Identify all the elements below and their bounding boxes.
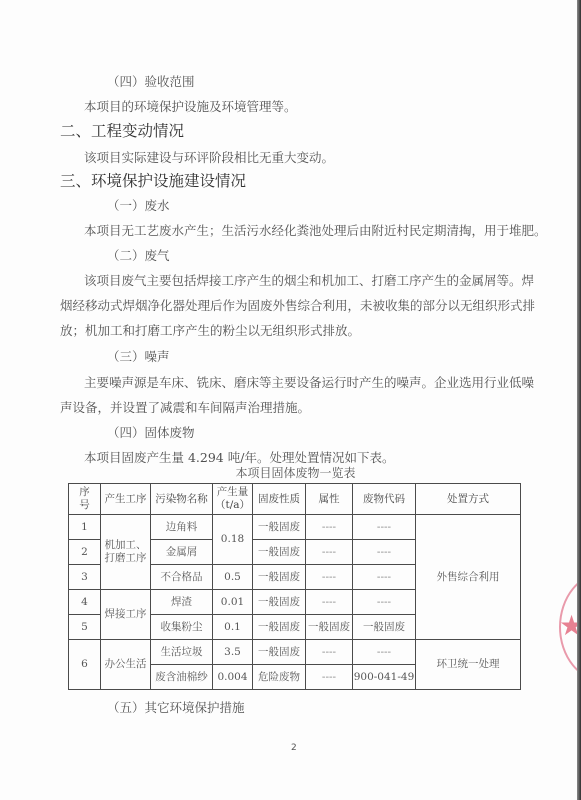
cell-process-office: 办公生活 [101, 640, 151, 690]
cell-attribute: ---- [306, 640, 353, 665]
table-row: 6 办公生活 生活垃圾 3.5 一般固废 ---- ---- 环卫统一处理 [69, 640, 521, 665]
heading-env-facilities: 三、环境保护设施建设情况 [60, 171, 246, 191]
cell-nature: 一般固废 [253, 590, 306, 615]
paragraph-exhaust-line-1: 该项目废气主要包括焊接工序产生的烟尘和机加工、打磨工序产生的金属屑等。焊 [84, 273, 534, 289]
subheading-exhaust: （二）废气 [107, 248, 170, 264]
paragraph-wastewater: 本项目无工艺废水产生；生活污水经化粪池处理后由附近村民定期清掏，用于堆肥。 [84, 223, 547, 239]
cell-code: ---- [353, 565, 416, 590]
table-caption: 本项目固体废物一览表 [0, 466, 581, 481]
cell-no: 1 [69, 515, 101, 540]
cell-nature: 一般固废 [253, 565, 306, 590]
seal-star-icon: ★ [559, 612, 577, 640]
paragraph-noise-line-1: 主要噪声源是车床、铣床、磨床等主要设备运行时产生的噪声。企业选用行业低噪 [84, 375, 534, 391]
cell-amount: 0.004 [213, 665, 253, 690]
cell-code: ---- [353, 590, 416, 615]
cell-code: 一般固废 [353, 615, 416, 640]
header-process: 产生工序 [101, 484, 151, 515]
heading-engineering-changes: 二、工程变动情况 [60, 121, 184, 141]
page-edge-border [577, 0, 581, 800]
cell-no: 2 [69, 540, 101, 565]
cell-pollutant: 边角料 [151, 515, 213, 540]
cell-nature: 一般固废 [253, 515, 306, 540]
cell-no: 4 [69, 590, 101, 615]
subheading-noise: （三）噪声 [107, 349, 170, 365]
paragraph-engineering-changes: 该项目实际建设与环评阶段相比无重大变动。 [84, 150, 334, 166]
header-code: 废物代码 [353, 484, 416, 515]
header-amount: 产生量 （t/a） [213, 484, 253, 515]
cell-no: 6 [69, 640, 101, 690]
cell-code: 900-041-49 [353, 665, 416, 690]
cell-no: 3 [69, 565, 101, 590]
cell-disposal-sanitation: 环卫统一处理 [416, 640, 521, 690]
subheading-acceptance-scope: （四）验收范围 [107, 74, 195, 90]
paragraph-exhaust-line-2: 烟经移动式焊烟净化器处理后作为固废外售综合利用，未被收集的部分以无组织形式排 [60, 298, 535, 314]
cell-attribute: 一般固废 [306, 615, 353, 640]
cell-no: 5 [69, 615, 101, 640]
cell-nature: 一般固废 [253, 640, 306, 665]
cell-amount-merged: 0.18 [213, 515, 253, 565]
paragraph-solid-waste: 本项目固废产生量 4.294 吨/年。处理处置情况如下表。 [84, 450, 394, 466]
paragraph-noise-line-2: 声设备，并设置了减震和车间隔声治理措施。 [60, 400, 310, 416]
paragraph-acceptance-scope: 本项目的环境保护设施及环境管理等。 [84, 99, 297, 115]
cell-nature: 危险废物 [253, 665, 306, 690]
cell-amount: 0.1 [213, 615, 253, 640]
cell-code: ---- [353, 540, 416, 565]
cell-amount: 3.5 [213, 640, 253, 665]
cell-pollutant: 焊渣 [151, 590, 213, 615]
cell-attribute: ---- [306, 590, 353, 615]
header-pollutant: 污染物名称 [151, 484, 213, 515]
document-page: （四）验收范围 本项目的环境保护设施及环境管理等。 二、工程变动情况 该项目实际… [0, 0, 577, 800]
cell-attribute: ---- [306, 565, 353, 590]
cell-pollutant: 金属屑 [151, 540, 213, 565]
cell-amount: 0.5 [213, 565, 253, 590]
header-nature: 固废性质 [253, 484, 306, 515]
cell-attribute: ---- [306, 515, 353, 540]
cell-pollutant: 收集粉尘 [151, 615, 213, 640]
cell-disposal-sale: 外售综合利用 [416, 515, 521, 640]
cell-process-welding: 焊接工序 [101, 590, 151, 640]
cell-attribute: ---- [306, 540, 353, 565]
page-number: 2 [291, 743, 297, 753]
table-header-row: 序 号 产生工序 污染物名称 产生量 （t/a） 固废性质 属性 废物代码 处置… [69, 484, 521, 515]
cell-nature: 一般固废 [253, 615, 306, 640]
cell-amount: 0.01 [213, 590, 253, 615]
subheading-other-measures: （五）其它环境保护措施 [107, 700, 245, 716]
cell-code: ---- [353, 640, 416, 665]
cell-attribute: ---- [306, 665, 353, 690]
cell-process-machining: 机加工、打磨工序 [101, 515, 151, 590]
subheading-wastewater: （一）废水 [107, 198, 170, 214]
solid-waste-table: 序 号 产生工序 污染物名称 产生量 （t/a） 固废性质 属性 废物代码 处置… [68, 483, 521, 690]
table-row: 1 机加工、打磨工序 边角料 0.18 一般固废 ---- ---- 外售综合利… [69, 515, 521, 540]
subheading-solid-waste: （四）固体废物 [107, 425, 195, 441]
paragraph-exhaust-line-3: 放；机加工和打磨工序产生的粉尘以无组织形式排放。 [60, 323, 360, 339]
cell-pollutant: 生活垃圾 [151, 640, 213, 665]
header-disposal: 处置方式 [416, 484, 521, 515]
cell-nature: 一般固废 [253, 540, 306, 565]
official-seal-stamp: ★ [555, 572, 577, 682]
cell-code: ---- [353, 515, 416, 540]
header-no: 序 号 [69, 484, 101, 515]
cell-pollutant: 不合格品 [151, 565, 213, 590]
cell-pollutant: 废含油棉纱 [151, 665, 213, 690]
header-attribute: 属性 [306, 484, 353, 515]
